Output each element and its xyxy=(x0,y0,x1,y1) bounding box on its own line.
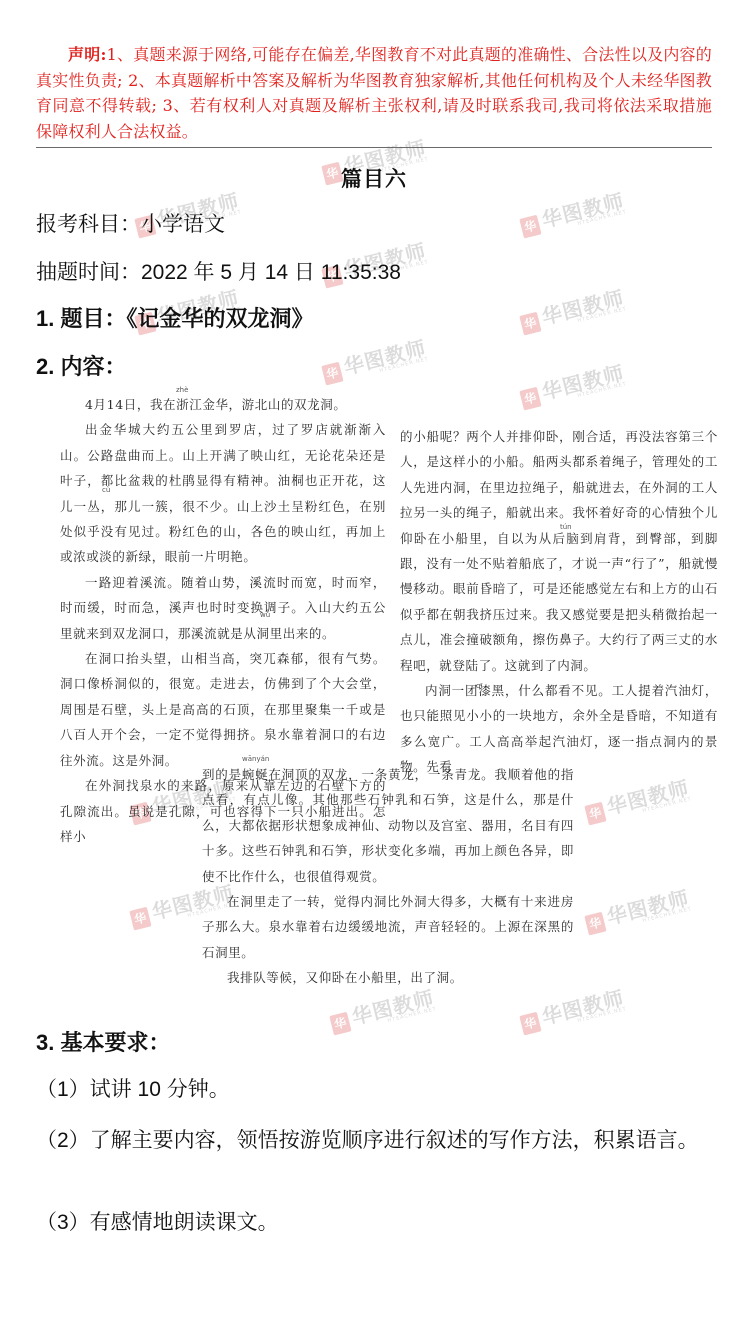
pinyin-annotation: cù xyxy=(102,486,110,494)
watermark: 华 华图教师HTEACHER.NET xyxy=(519,988,628,1038)
watermark: 华 华图教师HTEACHER.NET xyxy=(584,778,693,828)
watermark-logo-icon: 华 xyxy=(519,386,541,410)
disclaimer-lead: 声明: xyxy=(68,45,107,64)
watermark-logo-icon: 华 xyxy=(584,911,606,935)
watermark-logo-icon: 华 xyxy=(584,801,606,825)
watermark-logo-icon: 华 xyxy=(519,1011,541,1035)
passage-right-column: 的小船呢？两个人并排仰卧，刚合适，再没法容第三个人，是这样小的小船。船两头都系着… xyxy=(400,424,718,780)
passage-paragraph: 4月14日，我在浙江金华，游北山的双龙洞。 xyxy=(60,392,386,417)
watermark: 华 华图教师HTEACHER.NET xyxy=(329,988,438,1038)
requirements-heading: 3. 基本要求： xyxy=(36,1026,170,1057)
divider xyxy=(36,147,712,148)
passage-paragraph: 一路迎着溪流。随着山势，溪流时而宽，时而窄，时而缓，时而急，溪声也时时变换调子。… xyxy=(60,570,386,646)
subject-value: 小学语文 xyxy=(141,213,225,236)
subject-label: 报考科目： xyxy=(36,213,141,236)
section-title: 篇目六 xyxy=(0,163,748,193)
pinyin-annotation: wānyán xyxy=(242,755,269,763)
requirement-item: （3）有感情地朗读课文。 xyxy=(36,1206,716,1236)
watermark: 华 华图教师HTEACHER.NET xyxy=(519,191,628,241)
watermark: 华 华图教师HTEACHER.NET xyxy=(584,888,693,938)
watermark-logo-icon: 华 xyxy=(519,311,541,335)
draw-time-value: 2022 年 5 月 14 日 11:35:38 xyxy=(141,261,401,284)
pinyin-annotation: zhè xyxy=(176,386,188,394)
watermark: 华 华图教师HTEACHER.NET xyxy=(519,288,628,338)
watermark-logo-icon: 华 xyxy=(321,361,343,385)
pinyin-annotation: qī xyxy=(476,682,482,690)
passage-bottom-column: 到的是蜿蜒在洞顶的双龙，一条黄龙，一条青龙。我顺着他的指点看，有点儿像。其他那些… xyxy=(202,762,574,991)
disclaimer: 声明:1、真题来源于网络,可能存在偏差,华图教育不对此真题的准确性、合法性以及内… xyxy=(36,42,712,144)
watermark: 华 华图教师HTEACHER.NET xyxy=(519,363,628,413)
requirement-item: （2）了解主要内容，领悟按游览顺序进行叙述的写作方法，积累语言。 xyxy=(36,1117,716,1164)
subject-line: 报考科目：小学语文 xyxy=(36,208,225,238)
passage-paragraph: 在洞里走了一转，觉得内洞比外洞大得多，大概有十来进房子那么大。泉水靠着右边缓缓地… xyxy=(202,889,574,965)
watermark: 华 华图教师HTEACHER.NET xyxy=(321,338,430,388)
disclaimer-body: 1、真题来源于网络,可能存在偏差,华图教育不对此真题的准确性、合法性以及内容的真… xyxy=(36,45,712,141)
draw-time-label: 抽题时间： xyxy=(36,261,141,284)
passage-paragraph: 的小船呢？两个人并排仰卧，刚合适，再没法容第三个人，是这样小的小船。船两头都系着… xyxy=(400,424,718,678)
watermark-logo-icon: 华 xyxy=(129,906,151,930)
draw-time-line: 抽题时间：2022 年 5 月 14 日 11:35:38 xyxy=(36,256,401,286)
topic-heading: 1. 题目：《记金华的双龙洞》 xyxy=(36,302,313,333)
pinyin-annotation: wù xyxy=(260,611,270,619)
passage-paragraph: 到的是蜿蜒在洞顶的双龙，一条黄龙，一条青龙。我顺着他的指点看，有点儿像。其他那些… xyxy=(202,762,574,889)
watermark-logo-icon: 华 xyxy=(329,1011,351,1035)
passage-paragraph: 在洞口抬头望，山相当高，突兀森郁，很有气势。洞口像桥洞似的，很宽。走进去，仿佛到… xyxy=(60,646,386,773)
content-heading: 2. 内容： xyxy=(36,350,126,381)
pinyin-annotation: tún xyxy=(560,523,572,531)
passage-paragraph: 我排队等候，又仰卧在小船里，出了洞。 xyxy=(202,965,574,990)
watermark-logo-icon: 华 xyxy=(519,214,541,238)
requirement-item: （1）试讲 10 分钟。 xyxy=(36,1073,716,1103)
